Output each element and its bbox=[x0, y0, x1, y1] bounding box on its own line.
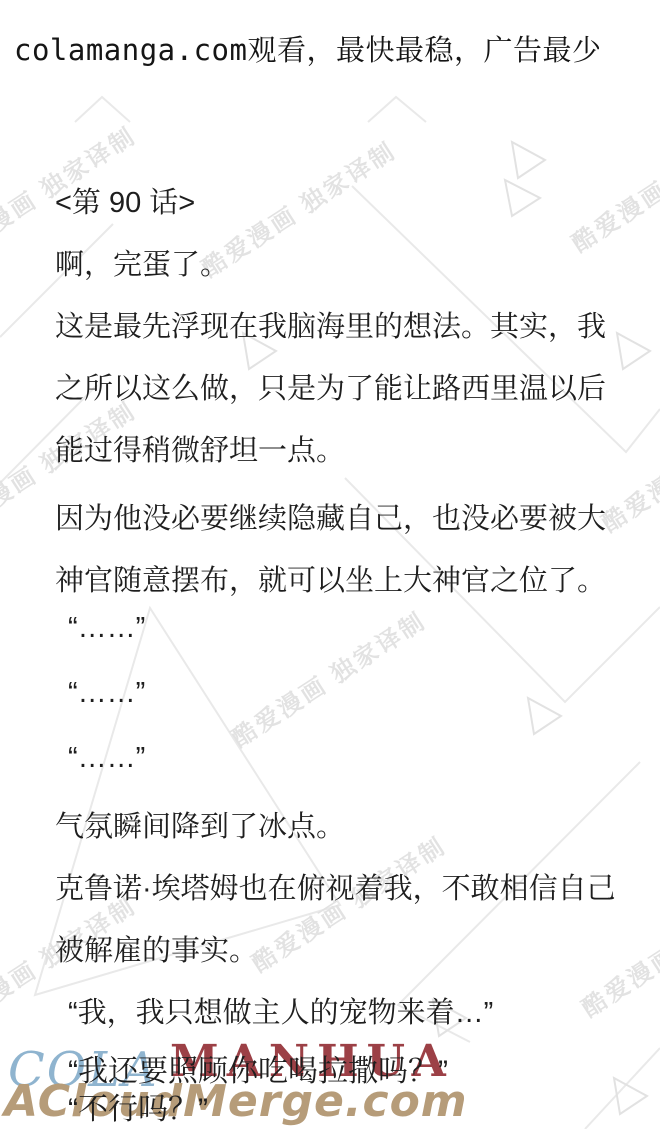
manga-text-page: 酷爱漫画 独家译制 酷爱漫画 独家译制 酷爱漫画 独家译制 酷爱漫画 独家译制 … bbox=[0, 0, 660, 1129]
body-line: 之所以这么做，只是为了能让路西里温以后 bbox=[55, 366, 606, 407]
quote-line: “……” bbox=[68, 612, 145, 645]
body-line: 气氛瞬间降到了冰点。 bbox=[55, 804, 345, 845]
body-line: 啊，完蛋了。 bbox=[55, 242, 229, 283]
body-line: 神官随意摆布，就可以坐上大神官之位了。 bbox=[55, 558, 606, 599]
body-line: 这是最先浮现在我脑海里的想法。其实，我 bbox=[55, 304, 606, 345]
dialogue-line: “我，我只想做主人的宠物来着…” bbox=[68, 990, 493, 1031]
body-line: 能过得稍微舒坦一点。 bbox=[55, 428, 345, 469]
quote-line: “……” bbox=[68, 677, 145, 710]
body-line: 被解雇的事实。 bbox=[55, 928, 258, 969]
dialogue-line: “不行吗？” bbox=[68, 1084, 208, 1128]
quote-line: “……” bbox=[68, 742, 145, 775]
body-line: 因为他没必要继续隐藏自己，也没必要被大 bbox=[55, 496, 606, 537]
body-line: 克鲁诺·埃塔姆也在俯视着我，不敢相信自己 bbox=[55, 866, 616, 907]
chapter-title: <第 90 话> bbox=[55, 180, 195, 221]
site-header-banner: colamanga.com观看，最快最稳，广告最少 bbox=[14, 28, 601, 69]
